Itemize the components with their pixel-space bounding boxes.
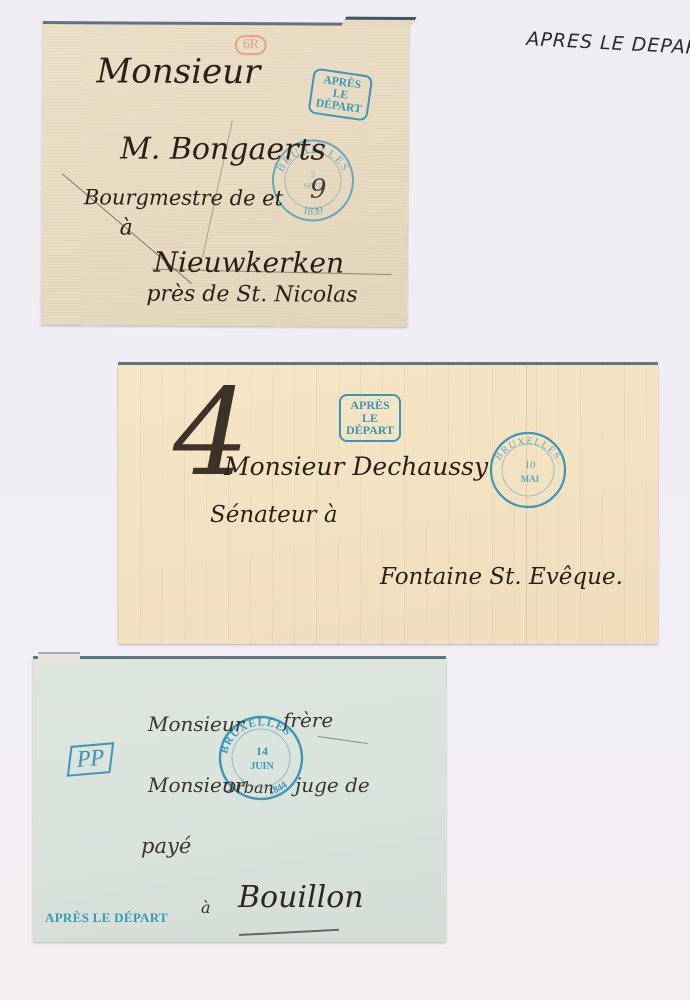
address-line: Bourgmestre de et bbox=[84, 185, 283, 210]
apres-le-depart-box-mark: APRÈS LE DÉPART bbox=[339, 394, 401, 442]
address-line: Monsieur bbox=[148, 712, 244, 736]
postal-cover-2: APRÈS LE DÉPART BRUXELLES 10 MAI 4 Monsi… bbox=[118, 364, 658, 644]
apres-le-depart-linear-mark: APRÈS LE DÉPART bbox=[45, 910, 168, 926]
apres-le-depart-box-mark: APRÈS LE DÉPART bbox=[307, 68, 373, 122]
svg-text:1839: 1839 bbox=[301, 204, 325, 218]
address-line: près de St. Nicolas bbox=[146, 282, 357, 308]
mark-line: APRÈS bbox=[346, 399, 394, 412]
address-line: Monsieur bbox=[96, 51, 260, 92]
address-line: Fontaine St. Evêque. bbox=[380, 564, 623, 590]
address-extra: Orban bbox=[223, 778, 274, 797]
address-line: Bouillon bbox=[238, 880, 364, 915]
address-extra: frère bbox=[283, 708, 333, 732]
address-line: payé bbox=[141, 834, 191, 858]
address-line: à bbox=[201, 898, 211, 917]
bruxelles-postmark-mai: BRUXELLES 10 MAI bbox=[488, 430, 568, 510]
address-line: Sénateur à bbox=[210, 502, 338, 528]
svg-text:10: 10 bbox=[525, 459, 537, 471]
svg-text:14: 14 bbox=[256, 744, 268, 758]
mark-line: DÉPART bbox=[346, 424, 394, 437]
handwritten-page-note: APRES LE DEPAR bbox=[526, 28, 690, 59]
manuscript-rate: 4 bbox=[173, 364, 249, 503]
underline-stroke bbox=[239, 929, 339, 936]
address-extra: juge de bbox=[295, 773, 370, 797]
pp-box-mark: PP bbox=[67, 742, 114, 777]
cover-edge bbox=[33, 656, 446, 659]
underline-stroke bbox=[318, 736, 368, 744]
address-line: Monsieur Dechaussy bbox=[224, 452, 488, 481]
postal-cover-3: PP APRÈS LE DÉPART BRUXELLES 1844 14 JUI… bbox=[33, 658, 446, 942]
postal-cover-1: 6R APRÈS LE DÉPART BRUXELLES 1839 2 SEPT… bbox=[41, 23, 409, 327]
manuscript-rate: 9 bbox=[310, 174, 327, 204]
cover-tab bbox=[38, 652, 80, 662]
svg-text:MAI: MAI bbox=[521, 474, 540, 484]
svg-text:JUIN: JUIN bbox=[250, 761, 274, 772]
cover-flap bbox=[339, 17, 417, 30]
